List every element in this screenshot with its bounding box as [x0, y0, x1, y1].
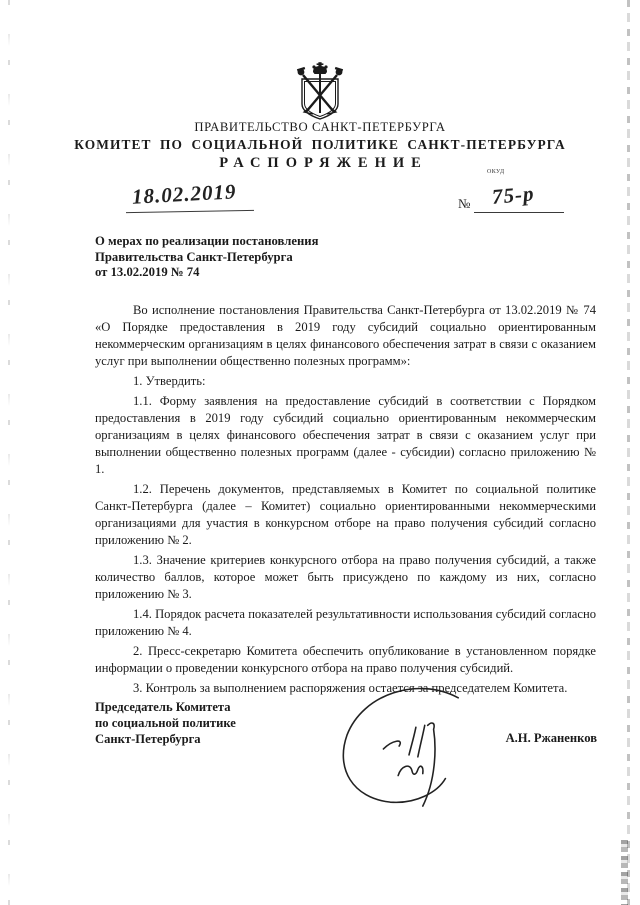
handwritten-number: 75-р	[491, 181, 536, 210]
committee-name: КОМИТЕТ ПО СОЦИАЛЬНОЙ ПОЛИТИКЕ САНКТ-ПЕТ…	[40, 137, 600, 153]
document-subject: О мерах по реализации постановления Прав…	[95, 234, 425, 281]
subject-line: от 13.02.2019 № 74	[95, 265, 425, 281]
scan-artifact-bottom-right	[621, 840, 628, 905]
signature-icon	[328, 684, 488, 812]
number-label: №	[458, 196, 470, 212]
body-paragraph-item-1-2: 1.2. Перечень документов, представляемых…	[95, 481, 596, 549]
document-body: Во исполнение постановления Правительств…	[95, 302, 596, 700]
signer-position-line: по социальной политике	[95, 715, 315, 731]
subject-line: О мерах по реализации постановления	[95, 234, 425, 250]
date-underline	[126, 210, 254, 213]
government-name: ПРАВИТЕЛЬСТВО САНКТ-ПЕТЕРБУРГА	[40, 120, 600, 135]
body-paragraph-item-2: 2. Пресс-секретарю Комитета обеспечить о…	[95, 643, 596, 677]
okud-form-label: ОКУД	[487, 169, 505, 175]
number-underline	[474, 212, 564, 213]
signer-position: Председатель Комитета по социальной поли…	[95, 699, 315, 747]
handwritten-date: 18.02.2019	[131, 179, 237, 209]
body-paragraph-item-1-4: 1.4. Порядок расчета показателей результ…	[95, 606, 596, 640]
document-page: ПРАВИТЕЛЬСТВО САНКТ-ПЕТЕРБУРГА КОМИТЕТ П…	[0, 0, 640, 905]
document-type-title: РАСПОРЯЖЕНИЕ	[40, 155, 600, 172]
body-paragraph-preamble: Во исполнение постановления Правительств…	[95, 302, 596, 370]
scan-artifact-right-edge	[627, 0, 630, 905]
body-paragraph-item-1: 1. Утвердить:	[95, 373, 596, 390]
coat-of-arms-icon	[291, 60, 349, 126]
signer-position-line: Председатель Комитета	[95, 699, 315, 715]
body-paragraph-item-1-1: 1.1. Форму заявления на предоставление с…	[95, 393, 596, 478]
body-paragraph-item-1-3: 1.3. Значение критериев конкурсного отбо…	[95, 552, 596, 603]
signer-name: А.Н. Ржаненков	[506, 731, 597, 746]
subject-line: Правительства Санкт-Петербурга	[95, 250, 425, 266]
scan-artifact-left-edge	[8, 0, 10, 905]
signer-position-line: Санкт-Петербурга	[95, 731, 315, 747]
